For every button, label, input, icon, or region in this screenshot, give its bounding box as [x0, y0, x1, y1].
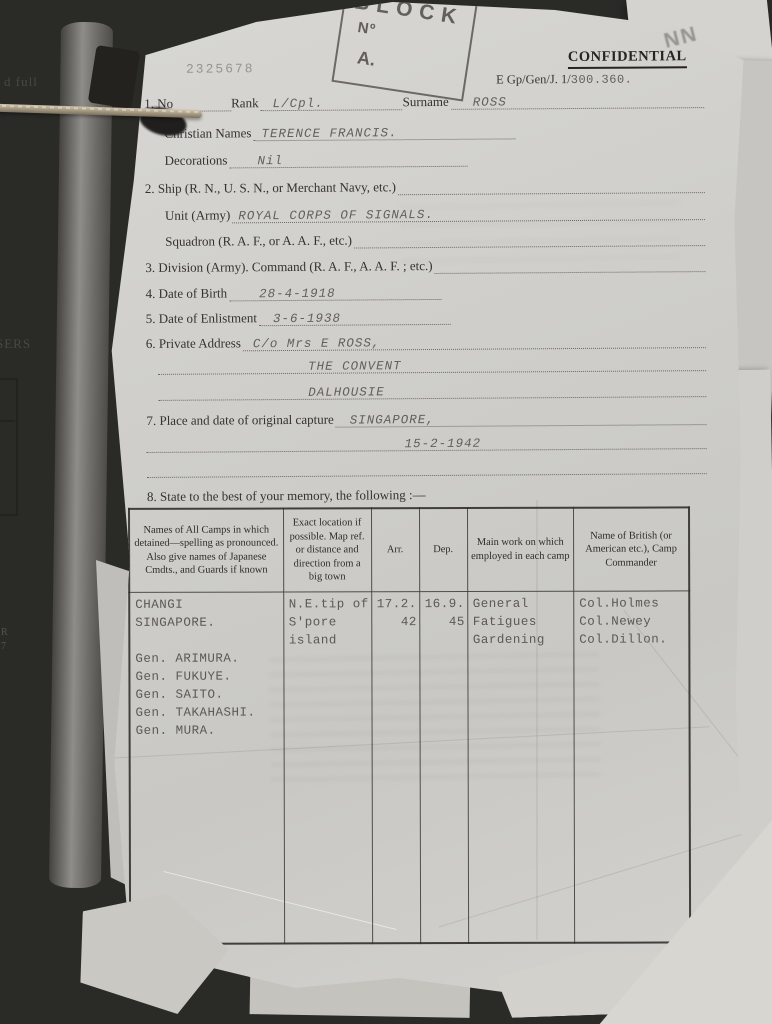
- left-page-text-fragment: d full: [4, 74, 38, 90]
- form-line-private-address: 6. Private Address C/o Mrs E ROSS,: [146, 332, 706, 352]
- dotted-line: [147, 461, 707, 478]
- cell-work: General Fatigues Gardening: [467, 591, 574, 943]
- form-content: BLOCK Nº A. CONFIDENTIAL E Gp/Gen/J. 1/3…: [144, 0, 721, 1004]
- camps-table-body: CHANGI SINGAPORE. Gen. ARIMURA. Gen. FUK…: [129, 591, 690, 944]
- dotted-line: THE CONVENT: [158, 358, 706, 375]
- stamp-text-a: A.: [356, 47, 377, 70]
- dotted-line: L/Cpl.: [261, 97, 403, 111]
- header-row: Names of All Camps in which detained—spe…: [129, 507, 689, 592]
- form-line-address-2: THE CONVENT: [158, 358, 706, 375]
- camps-table-header: Names of All Camps in which detained—spe…: [129, 507, 689, 592]
- dotted-line: [354, 233, 705, 248]
- binding-shadow: [88, 45, 141, 109]
- value-surname: ROSS: [473, 94, 507, 110]
- stamp-text-no: Nº: [357, 19, 378, 39]
- label-surname: Surname: [403, 94, 451, 110]
- cell-camps: CHANGI SINGAPORE. Gen. ARIMURA. Gen. FUK…: [129, 592, 284, 944]
- form-line-no-rank-surname: 1. No Rank L/Cpl. Surname ROSS: [144, 92, 704, 112]
- label-squadron: Squadron (R. A. F., or A. A. F., etc.): [165, 233, 354, 250]
- label-unit: Unit (Army): [165, 207, 232, 223]
- col-header-departure: Dep.: [419, 508, 467, 591]
- form-line-capture-date: 15-2-1942: [147, 436, 707, 453]
- dotted-line: 15-2-1942: [147, 436, 707, 453]
- cell-departure: 16.9. 45: [419, 591, 468, 943]
- value-address-2: THE CONVENT: [308, 358, 402, 375]
- cell-arrival: 17.2. 42: [371, 591, 420, 943]
- value-rank: L/Cpl.: [273, 96, 324, 112]
- value-private-address: C/o Mrs E ROSS,: [253, 335, 381, 352]
- form-line-item8: 8. State to the best of your memory, the…: [147, 485, 707, 505]
- form-line-date-of-birth: 4. Date of Birth 28-4-1918: [145, 282, 705, 302]
- left-page-text-fragment: R 7: [1, 626, 8, 654]
- file-reference-typed: 300.360.: [571, 73, 633, 87]
- label-ship: 2. Ship (R. N., U. S. N., or Merchant Na…: [145, 179, 398, 197]
- col-header-arrival: Arr.: [371, 508, 419, 591]
- label-decorations: Decorations: [165, 152, 230, 168]
- dotted-line: ROYAL CORPS OF SIGNALS.: [232, 207, 705, 223]
- label-item8: 8. State to the best of your memory, the…: [147, 487, 428, 505]
- form-line-ship: 2. Ship (R. N., U. S. N., or Merchant Na…: [145, 177, 705, 197]
- label-capture: 7. Place and date of original capture: [146, 412, 335, 429]
- form-line-decorations: Decorations Nil: [165, 149, 705, 169]
- left-page-box-line: [0, 420, 15, 422]
- dotted-line: 3-6-1938: [259, 312, 451, 326]
- left-page-box-outline: [0, 378, 18, 516]
- label-date-of-birth: 4. Date of Birth: [145, 285, 229, 302]
- col-header-commander: Name of British (or American etc.), Camp…: [573, 507, 689, 590]
- value-date-of-enlistment: 3-6-1938: [273, 311, 341, 327]
- serial-number: 2325678: [186, 61, 255, 76]
- form-line-blank: [147, 461, 707, 478]
- camps-table: Names of All Camps in which detained—spe…: [128, 506, 691, 945]
- dotted-line: 28-4-1918: [229, 287, 441, 301]
- value-date-of-birth: 28-4-1918: [259, 286, 336, 303]
- cell-location: N.E.tip of S'pore island: [283, 591, 372, 943]
- form-line-squadron: Squadron (R. A. F., or A. A. F., etc.): [165, 230, 705, 250]
- label-division: 3. Division (Army). Command (R. A. F., A…: [145, 258, 434, 276]
- value-capture-date: 15-2-1942: [405, 436, 482, 453]
- form-line-christian-names: Christian Names TERENCE FRANCIS.: [164, 122, 704, 142]
- photo-scene: d full SERS R 7 NN BLOCK Nº A. CONFIDENT…: [0, 0, 772, 1024]
- form-line-date-of-enlistment: 5. Date of Enlistment 3-6-1938: [146, 307, 706, 327]
- form-line-capture: 7. Place and date of original capture SI…: [146, 409, 706, 429]
- col-header-camps: Names of All Camps in which detained—spe…: [129, 508, 283, 591]
- col-header-work: Main work on which employed in each camp: [467, 508, 574, 591]
- value-unit: ROYAL CORPS OF SIGNALS.: [238, 207, 434, 224]
- block-number-stamp: BLOCK Nº A.: [331, 0, 479, 102]
- form-line-address-3: DALHOUSIE: [158, 384, 706, 401]
- questionnaire-page: BLOCK Nº A. CONFIDENTIAL E Gp/Gen/J. 1/3…: [100, 0, 750, 1002]
- value-decorations: Nil: [257, 153, 283, 169]
- value-address-3: DALHOUSIE: [308, 384, 385, 401]
- dotted-line: Nil: [229, 154, 467, 169]
- file-reference-printed: E Gp/Gen/J. 1/: [496, 72, 571, 87]
- dotted-line: [434, 259, 705, 274]
- form-line-division: 3. Division (Army). Command (R. A. F., A…: [145, 256, 705, 276]
- dotted-line: SINGAPORE,: [336, 412, 707, 428]
- col-header-location: Exact location if possible. Map ref. or …: [283, 508, 371, 591]
- value-christian-names: TERENCE FRANCIS.: [261, 125, 397, 142]
- dotted-line: C/o Mrs E ROSS,: [243, 335, 706, 351]
- table-row: CHANGI SINGAPORE. Gen. ARIMURA. Gen. FUK…: [129, 591, 690, 944]
- left-page-text-fragment: SERS: [0, 336, 31, 352]
- file-reference: E Gp/Gen/J. 1/300.360.: [496, 72, 632, 88]
- cell-commanders: Col.Holmes Col.Newey Col.Dillon.: [574, 591, 690, 943]
- dotted-line: ROSS: [451, 95, 705, 110]
- label-date-of-enlistment: 5. Date of Enlistment: [146, 310, 259, 327]
- label-rank: Rank: [231, 95, 261, 111]
- dotted-line: TERENCE FRANCIS.: [253, 126, 515, 141]
- dotted-line: [398, 180, 705, 195]
- value-capture-place: SINGAPORE,: [350, 412, 435, 429]
- form-line-unit: Unit (Army) ROYAL CORPS OF SIGNALS.: [165, 204, 705, 224]
- label-private-address: 6. Private Address: [146, 335, 243, 352]
- dotted-line: DALHOUSIE: [158, 384, 706, 401]
